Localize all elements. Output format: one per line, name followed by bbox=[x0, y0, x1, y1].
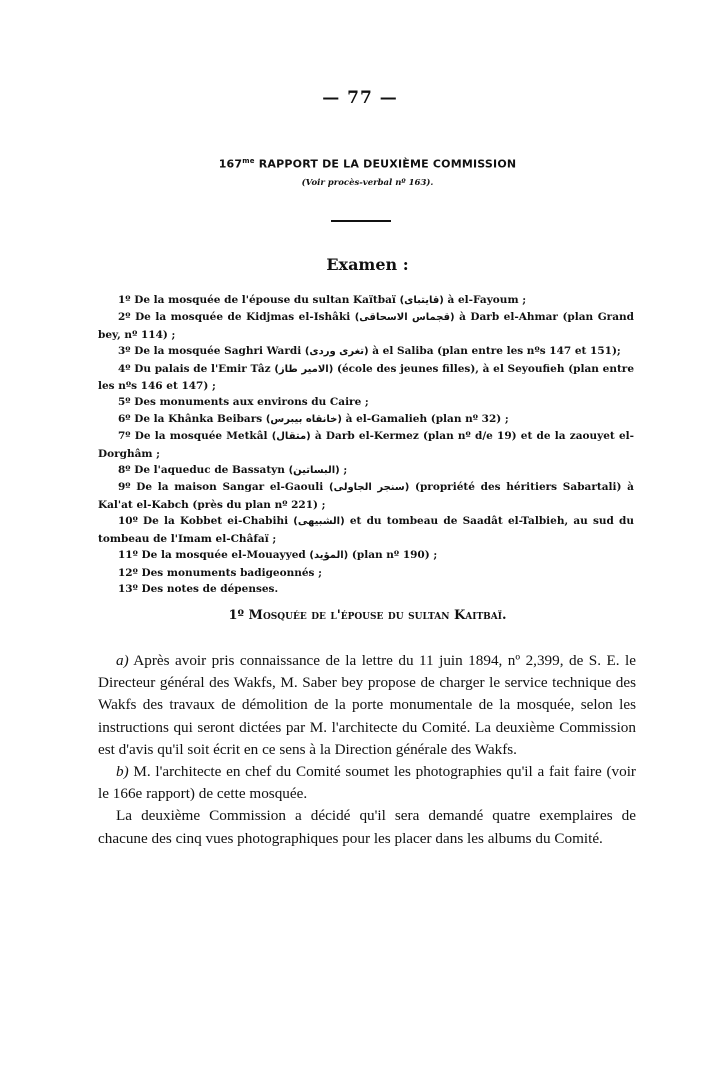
examen-item: 8º De l'aqueduc de Bassatyn (البساتين) ; bbox=[98, 462, 634, 479]
examen-heading: Examen : bbox=[0, 255, 720, 274]
item-text: à el-Gamalieh (plan nº 32) ; bbox=[342, 413, 509, 425]
arabic-name: (قجماس الاسحاقى) bbox=[355, 312, 455, 323]
arabic-name: (سنجر الجاولى) bbox=[329, 482, 409, 493]
report-title-text: RAPPORT DE LA DEUXIÈME COMMISSION bbox=[255, 158, 517, 171]
examen-item: 2º De la mosquée de Kidjmas el-Ishâki (ق… bbox=[98, 309, 634, 343]
examen-item: 1º De la mosquée de l'épouse du sultan K… bbox=[98, 292, 634, 309]
arabic-name: (تغرى وردى) bbox=[305, 346, 369, 357]
section-body: a) Après avoir pris connaissance de la l… bbox=[98, 650, 636, 850]
paragraph-text: Après avoir pris connaissance de la lett… bbox=[98, 652, 636, 758]
item-text: 12º Des monuments badigeonnés ; bbox=[118, 567, 322, 579]
item-text: 4º Du palais de l'Emir Tâz bbox=[118, 363, 274, 375]
paragraph-label: a) bbox=[116, 652, 129, 669]
arabic-name: (المؤيد) bbox=[309, 550, 348, 561]
item-text: 13º Des notes de dépenses. bbox=[118, 583, 278, 595]
arabic-name: (متقال) bbox=[272, 431, 311, 442]
item-text: 6º De la Khânka Beibars bbox=[118, 413, 266, 425]
item-text: 7º De la mosquée Metkâl bbox=[118, 430, 272, 442]
examen-item: 4º Du palais de l'Emir Tâz (الامير طاز) … bbox=[98, 361, 634, 395]
report-number: 167 bbox=[219, 158, 243, 171]
paragraph-label: b) bbox=[116, 763, 129, 780]
item-text: 2º De la mosquée de Kidjmas el-Ishâki bbox=[118, 311, 355, 323]
arabic-name: (قايتباى) bbox=[400, 295, 444, 306]
paragraph-c: La deuxième Commission a décidé qu'il se… bbox=[98, 805, 636, 849]
examen-item: 12º Des monuments badigeonnés ; bbox=[98, 565, 634, 581]
paragraph-text: M. l'architecte en chef du Comité soumet… bbox=[98, 763, 636, 802]
report-title: 167me RAPPORT DE LA DEUXIÈME COMMISSION bbox=[0, 157, 720, 171]
item-text: (plan nº 190) ; bbox=[348, 549, 437, 561]
item-text: 1º De la mosquée de l'épouse du sultan K… bbox=[118, 294, 400, 306]
item-text: 9º De la maison Sangar el-Gaouli bbox=[118, 481, 329, 493]
report-subtitle: (Voir procès-verbal nº 163). bbox=[0, 178, 720, 188]
arabic-name: (خانقاه بيبرس) bbox=[266, 414, 342, 425]
examen-item: 7º De la mosquée Metkâl (متقال) à Darb e… bbox=[98, 428, 634, 462]
examen-item: 11º De la mosquée el-Mouayyed (المؤيد) (… bbox=[98, 547, 634, 564]
document-page: — 77 — 167me RAPPORT DE LA DEUXIÈME COMM… bbox=[0, 0, 720, 1078]
examen-item: 10º De la Kobbet ei-Chabihi (الشبيهى) et… bbox=[98, 513, 634, 547]
item-text: 8º De l'aqueduc de Bassatyn bbox=[118, 464, 289, 476]
examen-list: 1º De la mosquée de l'épouse du sultan K… bbox=[98, 292, 634, 597]
examen-item: 13º Des notes de dépenses. bbox=[98, 581, 634, 597]
paragraph-a: a) Après avoir pris connaissance de la l… bbox=[98, 650, 636, 761]
report-ordinal-suffix: me bbox=[242, 157, 254, 165]
item-text: 11º De la mosquée el-Mouayyed bbox=[118, 549, 309, 561]
horizontal-rule bbox=[331, 220, 391, 222]
item-text: 3º De la mosquée Saghri Wardi bbox=[118, 345, 305, 357]
item-text: à el-Fayoum ; bbox=[444, 294, 526, 306]
examen-item: 3º De la mosquée Saghri Wardi (تغرى وردى… bbox=[98, 343, 634, 360]
item-text: à el Saliba (plan entre les nºs 147 et 1… bbox=[369, 345, 621, 357]
page-number: — 77 — bbox=[0, 88, 720, 108]
examen-item: 6º De la Khânka Beibars (خانقاه بيبرس) à… bbox=[98, 411, 634, 428]
paragraph-b: b) M. l'architecte en chef du Comité sou… bbox=[98, 761, 636, 805]
arabic-name: (البساتين) bbox=[289, 465, 340, 476]
arabic-name: (الشبيهى) bbox=[293, 516, 344, 527]
item-text: ; bbox=[340, 464, 348, 476]
examen-item: 9º De la maison Sangar el-Gaouli (سنجر ا… bbox=[98, 479, 634, 513]
section-heading: 1º Mosquée de l'épouse du sultan Kaitbaï… bbox=[0, 608, 720, 623]
item-text: 5º Des monuments aux environs du Caire ; bbox=[118, 396, 369, 408]
item-text: 10º De la Kobbet ei-Chabihi bbox=[118, 515, 293, 527]
examen-item: 5º Des monuments aux environs du Caire ; bbox=[98, 394, 634, 410]
arabic-name: (الامير طاز) bbox=[274, 364, 333, 375]
